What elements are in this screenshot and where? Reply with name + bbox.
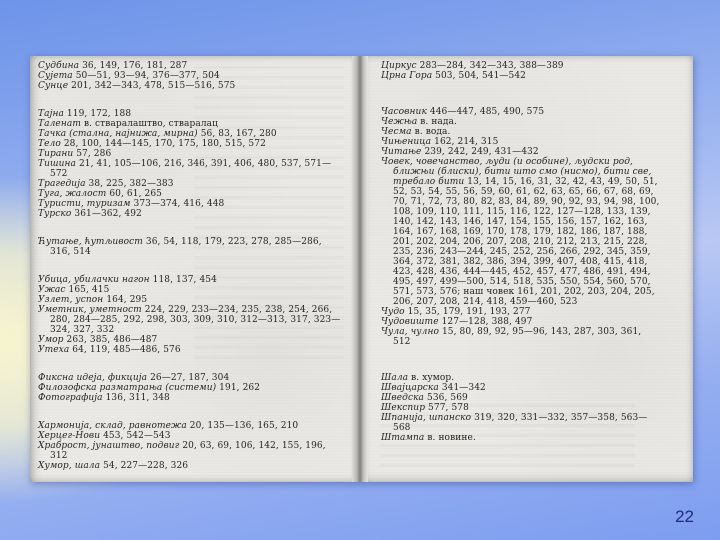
index-entry: Хармонија, склад, равнотежа 20, 135—136,… [38, 421, 344, 431]
index-entry-refs: 446—447, 485, 490, 575 [430, 107, 544, 117]
index-entry: Шведска 536, 569 [381, 393, 661, 403]
index-entry: Судбина 36, 149, 176, 181, 287 [38, 61, 344, 71]
index-entry-refs: 118, 137, 454 [153, 275, 217, 285]
index-entry: Трагедија 38, 225, 382—383 [38, 179, 344, 189]
index-entry-term: Ћутање, ћутљивост [38, 237, 143, 247]
index-entry-term: Тачка (стална, најнижа, мирна) [38, 129, 198, 139]
index-entry-term: Туга, жалост [38, 189, 106, 199]
index-entry-term: Тирани [38, 149, 73, 159]
index-entry: Чудовиште 127—128, 388, 497 [381, 317, 661, 327]
index-entry: Чесма в. вода. [381, 127, 661, 137]
index-entry-refs: 164, 295 [106, 295, 147, 305]
index-entry: Шекспир 577, 578 [381, 403, 661, 413]
index-entry: Турско 361—362, 492 [38, 209, 344, 219]
slide-page-number: 22 [675, 507, 694, 527]
index-letter-section: Убица, убилачки нагон 118, 137, 454Ужас … [38, 275, 344, 355]
index-entry-refs: 60, 61, 265 [109, 189, 162, 199]
index-entry-term: Фотографија [38, 393, 103, 403]
index-entry-term: Шведска [381, 393, 424, 403]
index-entry-term: Чињеница [381, 137, 431, 147]
index-entry-refs: 503, 504, 541—542 [435, 71, 526, 81]
scanned-book-spread: Судбина 36, 149, 176, 181, 287Сујета 50—… [30, 56, 693, 482]
index-entry-term: Чудо [381, 307, 405, 317]
index-entry-refs: 136, 311, 348 [106, 393, 170, 403]
index-entry-term: Ужас [38, 285, 66, 295]
index-entry: Утеха 64, 119, 485—486, 576 [38, 345, 344, 355]
index-letter-section: Судбина 36, 149, 176, 181, 287Сујета 50—… [38, 61, 344, 91]
index-entry: Умор 263, 385, 486—487 [38, 335, 344, 345]
index-entry-refs: 453, 542—543 [103, 431, 170, 441]
book-left-page: Судбина 36, 149, 176, 181, 287Сујета 50—… [30, 56, 352, 482]
index-entry-term: Чудовиште [381, 317, 439, 327]
index-entry-term: Хармонија, склад, равнотежа [38, 421, 187, 431]
index-entry-refs: 50—51, 93—94, 376—377, 504 [76, 71, 220, 81]
index-entry: Херцег-Нови 453, 542—543 [38, 431, 344, 441]
index-entry: Часовник 446—447, 485, 490, 575 [381, 107, 661, 117]
index-entry-refs: в. стваралаштво, стваралац [84, 119, 218, 129]
index-entry: Тишина 21, 41, 105—106, 216, 346, 391, 4… [38, 159, 344, 179]
index-entry-term: Шала [381, 373, 408, 383]
index-letter-section: Хармонија, склад, равнотежа 20, 135—136,… [38, 421, 344, 471]
index-entry: Уметник, уметност 224, 229, 233—234, 235… [38, 305, 344, 335]
index-entry-term: Трагедија [38, 179, 86, 189]
index-entry-refs: в. новине. [427, 433, 475, 443]
index-letter-section: Часовник 446—447, 485, 490, 575Чежња в. … [381, 107, 661, 347]
presentation-slide: Судбина 36, 149, 176, 181, 287Сујета 50—… [0, 0, 720, 540]
left-page-index-text: Судбина 36, 149, 176, 181, 287Сујета 50—… [38, 61, 344, 471]
index-entry-refs: 119, 172, 188 [67, 109, 131, 119]
index-entry-refs: 64, 119, 485—486, 576 [72, 345, 180, 355]
index-entry: Сујета 50—51, 93—94, 376—377, 504 [38, 71, 344, 81]
index-entry-refs: 373—374, 416, 448 [134, 199, 225, 209]
index-entry-term: Таленат [38, 119, 81, 129]
index-entry: Убица, убилачки нагон 118, 137, 454 [38, 275, 344, 285]
index-entry: Филозофска разматрања (системи) 191, 262 [38, 383, 344, 393]
index-entry-term: Чесма [381, 127, 412, 137]
index-entry: Чињеница 162, 214, 315 [381, 137, 661, 147]
index-entry-refs: 162, 214, 315 [434, 137, 498, 147]
index-entry-term: Сунце [38, 81, 68, 91]
index-entry-term: Судбина [38, 61, 79, 71]
index-entry-term: Шпанија, шпанско [381, 413, 471, 423]
index-entry-refs: в. хумор. [411, 373, 454, 383]
index-entry-refs: 165, 415 [69, 285, 110, 295]
index-entry: Фиксна идеја, фикција 26—27, 187, 304 [38, 373, 344, 383]
index-entry-term: Туристи, туризам [38, 199, 131, 209]
index-entry: Тирани 57, 286 [38, 149, 344, 159]
index-entry-refs: 201, 342—343, 478, 515—516, 575 [71, 81, 235, 91]
index-entry: Шала в. хумор. [381, 373, 661, 383]
index-entry: Човек, човечанство, људи (и особине), љу… [381, 157, 661, 307]
index-entry-term: Тело [38, 139, 61, 149]
index-entry-term: Храброст, јунаштво, подвиг [38, 441, 179, 451]
index-entry-refs: 127—128, 388, 497 [442, 317, 533, 327]
index-entry-term: Циркус [381, 61, 417, 71]
index-letter-section: Фиксна идеја, фикција 26—27, 187, 304Фил… [38, 373, 344, 403]
index-entry: Чула, чулно 15, 80, 89, 92, 95—96, 143, … [381, 327, 661, 347]
index-entry-refs: 239, 242, 249, 431—432 [424, 147, 538, 157]
index-entry-term: Тајна [38, 109, 64, 119]
index-entry-refs: 28, 100, 144—145, 170, 175, 180, 515, 57… [64, 139, 266, 149]
index-entry-term: Узлет, успон [38, 295, 103, 305]
index-entry-refs: 361—362, 492 [74, 209, 141, 219]
index-entry-term: Црна Гора [381, 71, 432, 81]
index-entry-refs: в. вода. [415, 127, 451, 137]
index-entry: Читање 239, 242, 249, 431—432 [381, 147, 661, 157]
index-entry-term: Шекспир [381, 403, 425, 413]
index-entry: Чудо 15, 35, 179, 191, 193, 277 [381, 307, 661, 317]
right-page-index-text: Циркус 283—284, 342—343, 388—389Црна Гор… [381, 61, 661, 443]
index-entry: Туристи, туризам 373—374, 416, 448 [38, 199, 344, 209]
index-letter-section: Тајна 119, 172, 188Таленат в. стваралашт… [38, 109, 344, 219]
index-letter-section: Шала в. хумор.Швајцарска 341—342Шведска … [381, 373, 661, 443]
index-entry-term: Турско [38, 209, 71, 219]
index-letter-section: Циркус 283—284, 342—343, 388—389Црна Гор… [381, 61, 661, 81]
index-entry-refs: 13, 14, 15, 16, 31, 32, 42, 43, 49, 50, … [393, 177, 659, 307]
index-entry-refs: в. нада. [420, 117, 457, 127]
index-entry: Хумор, шала 54, 227—228, 326 [38, 461, 344, 471]
index-entry-refs: 56, 83, 167, 280 [201, 129, 277, 139]
index-entry: Фотографија 136, 311, 348 [38, 393, 344, 403]
index-entry-refs: 15, 35, 179, 191, 193, 277 [408, 307, 531, 317]
index-entry: Таленат в. стваралаштво, стваралац [38, 119, 344, 129]
index-entry-term: Фиксна идеја, фикција [38, 373, 147, 383]
index-entry-term: Читање [381, 147, 421, 157]
index-entry-term: Херцег-Нови [38, 431, 100, 441]
index-entry-term: Штампа [381, 433, 424, 443]
index-entry-refs: 283—284, 342—343, 388—389 [420, 61, 564, 71]
index-entry-term: Сујета [38, 71, 73, 81]
index-entry: Тачка (стална, најнижа, мирна) 56, 83, 1… [38, 129, 344, 139]
index-entry-refs: 38, 225, 382—383 [89, 179, 174, 189]
book-right-page: Циркус 283—284, 342—343, 388—389Црна Гор… [368, 56, 693, 482]
index-entry-term: Швајцарска [381, 383, 439, 393]
index-entry-term: Умор [38, 335, 64, 345]
index-entry-term: Филозофска разматрања (системи) [38, 383, 216, 393]
index-entry: Храброст, јунаштво, подвиг 20, 63, 69, 1… [38, 441, 344, 461]
index-entry: Тајна 119, 172, 188 [38, 109, 344, 119]
index-entry-term: Чула, чулно [381, 327, 439, 337]
index-entry-refs: 57, 286 [76, 149, 111, 159]
index-entry-refs: 577, 578 [428, 403, 469, 413]
index-entry: Туга, жалост 60, 61, 265 [38, 189, 344, 199]
index-entry-term: Уметник, уметност [38, 305, 142, 315]
index-entry-term: Хумор, шала [38, 461, 100, 471]
index-entry: Чежња в. нада. [381, 117, 661, 127]
index-entry-term: Утеха [38, 345, 69, 355]
index-entry-refs: 36, 149, 176, 181, 287 [82, 61, 187, 71]
index-entry: Шпанија, шпанско 319, 320, 331—332, 357—… [381, 413, 661, 433]
index-entry: Ћутање, ћутљивост 36, 54, 118, 179, 223,… [38, 237, 344, 257]
book-gutter-shadow [352, 56, 368, 482]
index-entry-refs: 20, 135—136, 165, 210 [190, 421, 298, 431]
index-entry-refs: 26—27, 187, 304 [150, 373, 229, 383]
index-entry-term: Часовник [381, 107, 427, 117]
index-entry-term: Тишина [38, 159, 76, 169]
index-entry-refs: 21, 41, 105—106, 216, 346, 391, 406, 480… [50, 159, 331, 179]
index-entry: Штампа в. новине. [381, 433, 661, 443]
index-entry-refs: 263, 385, 486—487 [67, 335, 158, 345]
index-entry-refs: 536, 569 [427, 393, 468, 403]
index-entry: Швајцарска 341—342 [381, 383, 661, 393]
index-entry-refs: 54, 227—228, 326 [103, 461, 188, 471]
index-letter-section: Ћутање, ћутљивост 36, 54, 118, 179, 223,… [38, 237, 344, 257]
index-entry-term: Чежња [381, 117, 417, 127]
index-entry: Ужас 165, 415 [38, 285, 344, 295]
index-entry: Узлет, успон 164, 295 [38, 295, 344, 305]
index-entry: Тело 28, 100, 144—145, 170, 175, 180, 51… [38, 139, 344, 149]
index-entry: Црна Гора 503, 504, 541—542 [381, 71, 661, 81]
index-entry: Циркус 283—284, 342—343, 388—389 [381, 61, 661, 71]
index-entry-refs: 341—342 [442, 383, 486, 393]
index-entry-refs: 191, 262 [219, 383, 260, 393]
index-entry: Сунце 201, 342—343, 478, 515—516, 575 [38, 81, 344, 91]
index-entry-term: Убица, убилачки нагон [38, 275, 150, 285]
